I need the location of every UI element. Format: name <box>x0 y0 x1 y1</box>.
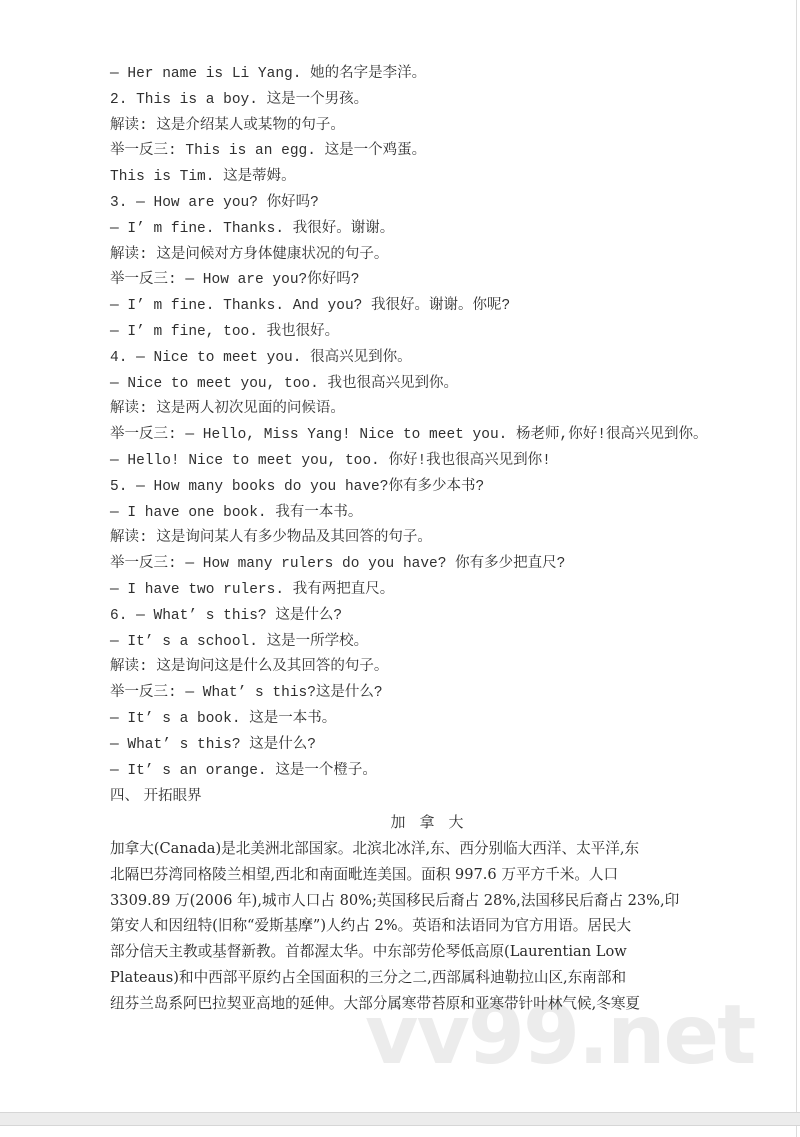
text-line: — I have two rulers. 我有两把直尺。 <box>110 578 710 604</box>
text-line: 解读: 这是询问某人有多少物品及其回答的句子。 <box>110 526 710 552</box>
paragraph-line: 部分信天主教或基督新教。首都渥太华。中东部劳伦琴低高原(Laurentian L… <box>110 939 710 965</box>
paragraph-line: 第安人和因纽特(旧称“爱斯基摩”)人约占 2%。英语和法语同为官方用语。居民大 <box>110 913 710 939</box>
text-line: 4. — Nice to meet you. 很高兴见到你。 <box>110 346 710 372</box>
text-line: — It’ s a school. 这是一所学校。 <box>110 630 710 656</box>
text-line: — Nice to meet you, too. 我也很高兴见到你。 <box>110 372 710 398</box>
text-line: 举一反三: — How are you?你好吗? <box>110 268 710 294</box>
text-line: 解读: 这是问候对方身体健康状况的句子。 <box>110 243 710 269</box>
text-line: — Her name is Li Yang. 她的名字是李洋。 <box>110 62 710 88</box>
article-paragraph: 加拿大(Canada)是北美洲北部国家。北滨北冰洋,东、西分别临大西洋、太平洋,… <box>110 836 710 1017</box>
paragraph-line: 北隔巴芬湾同格陵兰相望,西北和南面毗连美国。面积 997.6 万平方千米。人口 <box>110 862 710 888</box>
text-line: 解读: 这是两人初次见面的问候语。 <box>110 397 710 423</box>
page-separator <box>0 1112 800 1126</box>
paragraph-line: 纽芬兰岛系阿巴拉契亚高地的延伸。大部分属寒带苔原和亚寒带针叶林气候,冬寒夏 <box>110 991 710 1017</box>
text-line: 解读: 这是询问这是什么及其回答的句子。 <box>110 655 710 681</box>
text-line: 6. — What’ s this? 这是什么? <box>110 604 710 630</box>
article-title: 加拿大 <box>110 810 750 836</box>
text-line: — I have one book. 我有一本书。 <box>110 501 710 527</box>
text-line: — I’ m fine, too. 我也很好。 <box>110 320 710 346</box>
text-line: — It’ s an orange. 这是一个橙子。 <box>110 759 710 785</box>
document-page: vv99.net — Her name is Li Yang. 她的名字是李洋。… <box>0 0 797 1112</box>
text-line: This is Tim. 这是蒂姆。 <box>110 165 710 191</box>
text-line: — I’ m fine. Thanks. And you? 我很好。谢谢。你呢? <box>110 294 710 320</box>
text-line: 举一反三: — What’ s this?这是什么? <box>110 681 710 707</box>
section-heading: 四、 开拓眼界 <box>110 784 710 810</box>
text-line: — What’ s this? 这是什么? <box>110 733 710 759</box>
paragraph-line: 3309.89 万(2006 年),城市人口占 80%;英国移民后裔占 28%,… <box>110 888 710 914</box>
paragraph-line: Plateaus)和中西部平原约占全国面积的三分之二,西部属科迪勒拉山区,东南部… <box>110 965 710 991</box>
text-line: 3. — How are you? 你好吗? <box>110 191 710 217</box>
next-page-top <box>0 1126 797 1137</box>
text-line: 2. This is a boy. 这是一个男孩。 <box>110 88 710 114</box>
paragraph-line: 加拿大(Canada)是北美洲北部国家。北滨北冰洋,东、西分别临大西洋、太平洋,… <box>110 836 710 862</box>
text-line: 举一反三: — How many rulers do you have? 你有多… <box>110 552 710 578</box>
text-line: 举一反三: — Hello, Miss Yang! Nice to meet y… <box>110 423 710 449</box>
text-line: 5. — How many books do you have?你有多少本书? <box>110 475 710 501</box>
page-content: — Her name is Li Yang. 她的名字是李洋。 2. This … <box>110 62 710 1016</box>
text-line: 举一反三: This is an egg. 这是一个鸡蛋。 <box>110 139 710 165</box>
text-line: 解读: 这是介绍某人或某物的句子。 <box>110 114 710 140</box>
text-line: — I’ m fine. Thanks. 我很好。谢谢。 <box>110 217 710 243</box>
text-line: — It’ s a book. 这是一本书。 <box>110 707 710 733</box>
text-line: — Hello! Nice to meet you, too. 你好!我也很高兴… <box>110 449 710 475</box>
